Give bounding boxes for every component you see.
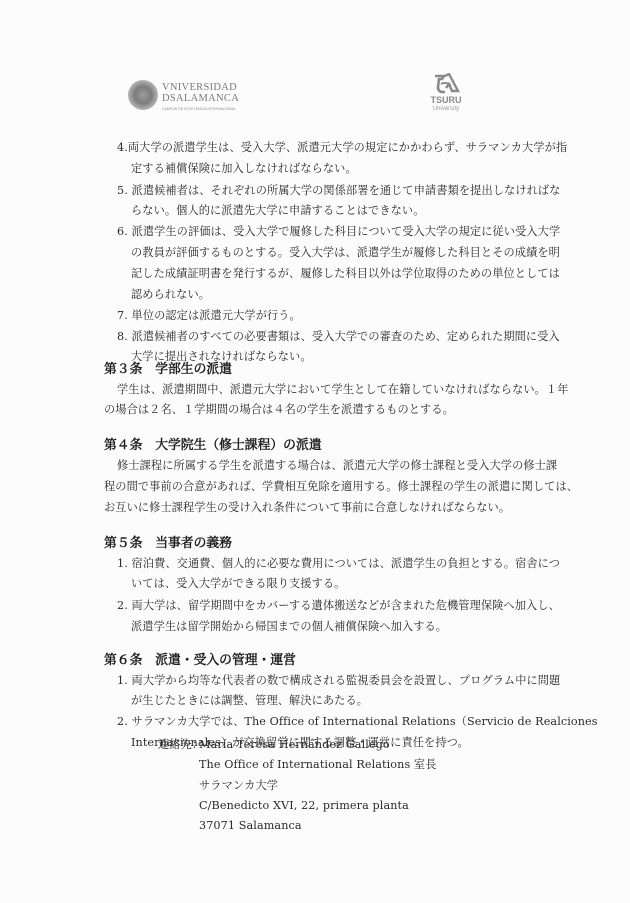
universidad-salamanca-logo: VNIVERSIDAD DSALAMANCA CAMPUS DE EXCELEN… (128, 80, 238, 116)
item-5-line-1: 5. 派遣候補者は、それぞれの所属大学の関係部署を通じて申請書類を提出しなければ… (117, 184, 560, 198)
university-seal-icon (128, 80, 158, 110)
contact-university: サラマンカ大学 (199, 779, 278, 793)
contact-title: The Office of International Relations 室長 (199, 758, 437, 772)
article-5-item-1-line-2: いては、受入大学ができる限り支援する。 (131, 577, 345, 591)
article-3-line-1: 学生は、派遣期間中、派遣元大学において学生として在籍していなければならない。１年 (117, 383, 569, 397)
tsuru-university-logo: TSURU University (428, 73, 464, 123)
article-5-item-1-line-1: 1. 宿泊費、交通費、個人的に必要な費用については、派遣学生の負担とする。宿舎に… (117, 557, 560, 571)
contact-label: 連絡先： (158, 738, 203, 752)
article-4-line-2: 程の間で事前の合意があれば、学費相互免除を適用する。修士課程の学生の派遣に関して… (104, 480, 578, 494)
tsuru-crane-icon (432, 73, 460, 95)
tsuru-name: TSURU (428, 95, 464, 105)
article-5-heading: 第５条 当事者の義務 (104, 536, 232, 552)
item-4-line-1: 4.両大学の派遣学生は、受入大学、派遣元大学の規定にかかわらず、サラマンカ大学が… (117, 141, 567, 155)
tsuru-subtitle: University (428, 106, 464, 113)
document-page: VNIVERSIDAD DSALAMANCA CAMPUS DE EXCELEN… (0, 0, 630, 903)
article-4-line-1: 修士課程に所属する学生を派遣する場合は、派遣元大学の修士課程と受入大学の修士課 (117, 459, 557, 473)
item-6-line-4: 認められない。 (131, 288, 210, 302)
item-6-line-3: 記した成績証明書を発行するが、履修した科目以外は学位取得のための単位としては (131, 267, 560, 281)
article-6-item-2-line-1: 2. サラマンカ大学では、The Office of International… (117, 715, 598, 729)
article-4-line-3: お互いに修士課程学生の受け入れ条件について事前に合意しなければならない。 (104, 501, 510, 515)
article-4-heading: 第４条 大学院生（修士課程）の派遣 (104, 438, 322, 454)
article-3-line-2: の場合は２名、１学期間の場合は４名の学生を派遣するものとする。 (104, 403, 454, 417)
contact-city: 37071 Salamanca (199, 819, 302, 833)
usal-subtitle: CAMPUS DE EXCELENCIA INTERNACIONAL (162, 107, 236, 111)
item-5-line-2: らない。個人的に派遣先大学に申請することはできない。 (131, 204, 424, 218)
item-7-line-1: 7. 単位の認定は派遣元大学が行う。 (117, 309, 301, 323)
item-4-line-2: 定する補償保険に加入しなければならない。 (131, 162, 357, 176)
article-5-item-2-line-2: 派遣学生は留学開始から帰国までの個人補償保険へ加入する。 (131, 620, 447, 634)
article-3-heading: 第３条 学部生の派遣 (104, 362, 232, 378)
usal-name-line1: VNIVERSIDAD (162, 82, 237, 93)
article-6-item-1-line-2: が生じたときには調整、管理、解決にあたる。 (131, 694, 368, 708)
item-8-line-1: 8. 派遣候補者のすべての必要書類は、受入大学での審査のため、定められた期間に受… (117, 330, 560, 344)
contact-street: C/Benedicto XVI, 22, primera planta (199, 799, 409, 813)
article-5-item-2-line-1: 2. 両大学は、留学期間中をカバーする遺体搬送などが含まれた危機管理保険へ加入し… (117, 599, 560, 613)
article-6-item-1-line-1: 1. 両大学から均等な代表者の数で構成される監視委員会を設置し、プログラム中に問… (117, 674, 560, 688)
item-6-line-1: 6. 派遣学生の評価は、受入大学で履修した科目について受入大学の規定に従い受入大… (117, 225, 560, 239)
usal-name-line2: DSALAMANCA (162, 93, 239, 104)
contact-name: María Teresa Hernández Gallego (199, 738, 390, 752)
article-6-heading: 第６条 派遣・受入の管理・運営 (104, 653, 296, 669)
item-6-line-2: の教員が評価するものとする。受入大学は、派遣学生が履修した科目とその成績を明 (131, 246, 560, 260)
